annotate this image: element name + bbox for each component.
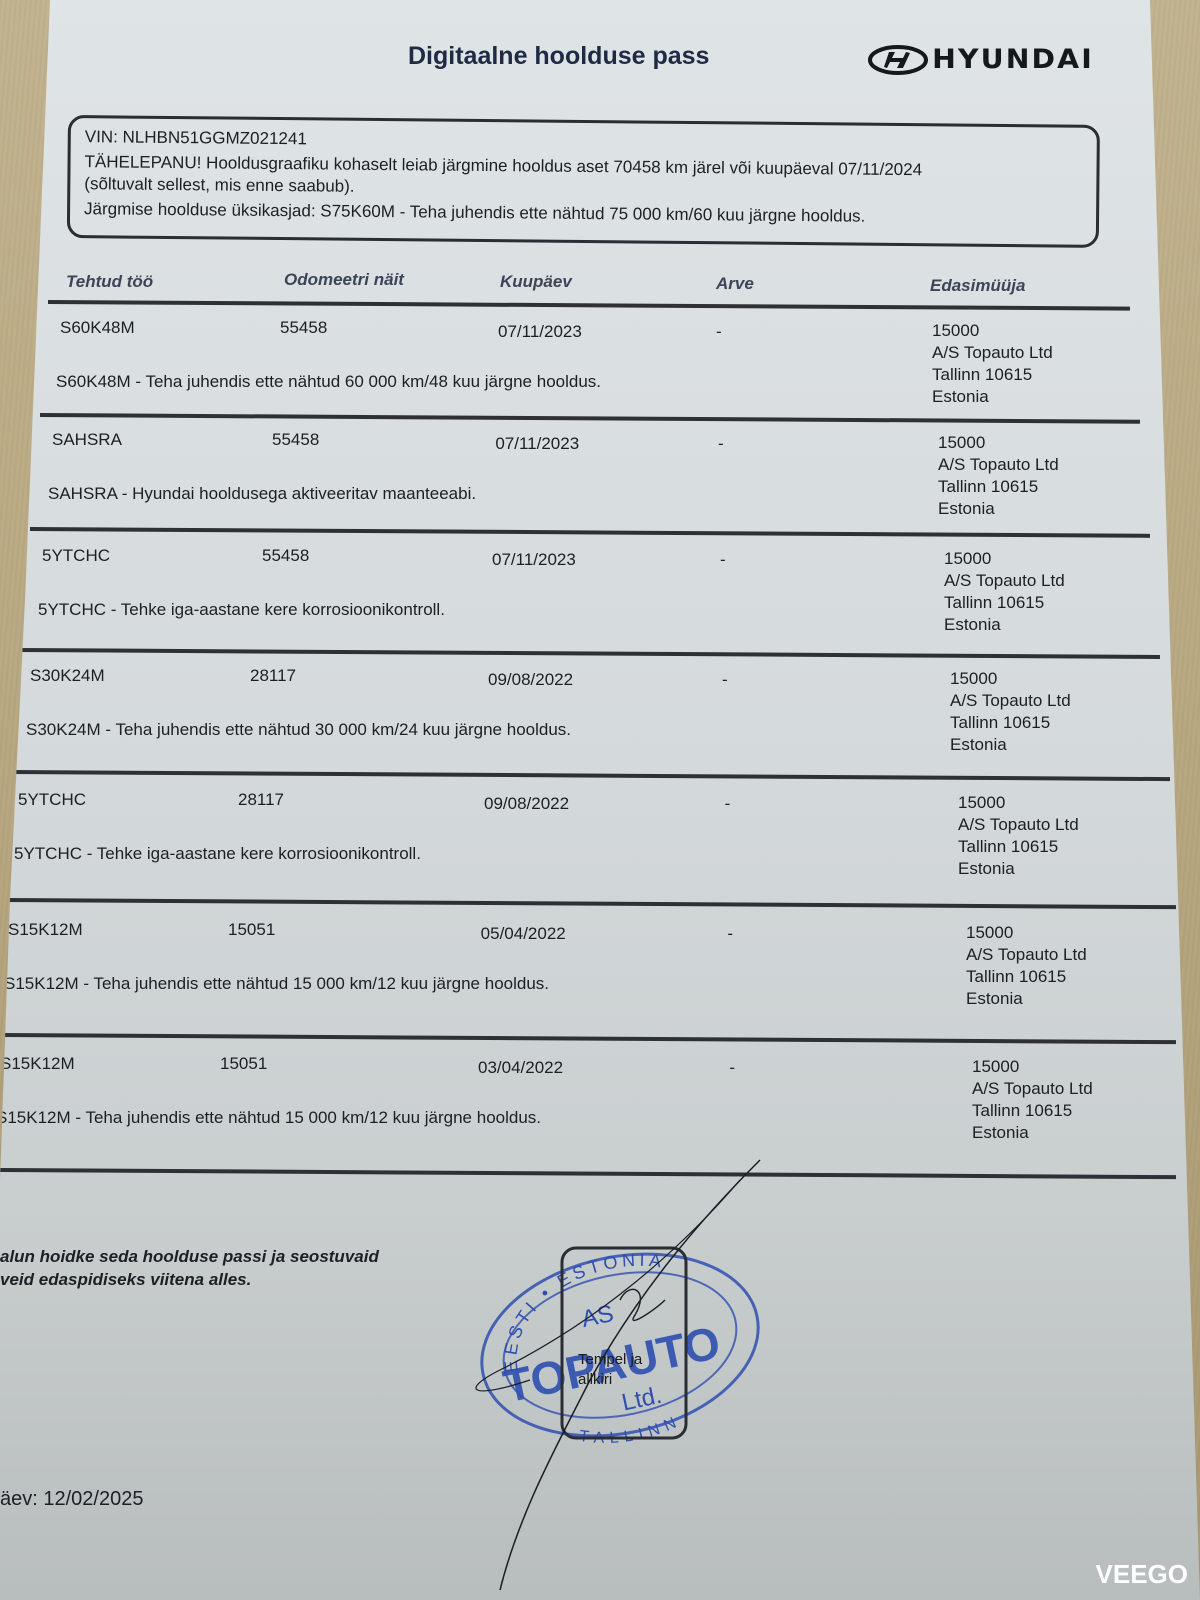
odometer-reading: 55458 [280, 318, 327, 338]
odometer-reading: 15051 [228, 920, 275, 940]
retention-note-line1: alun hoidke seda hoolduse passi ja seost… [0, 1245, 379, 1268]
dealer-line: Tallinn 10615 [966, 966, 1087, 988]
header-date: Kuupäev [500, 272, 572, 292]
dealer-line: Estonia [950, 734, 1071, 756]
row-divider [48, 300, 1130, 311]
dealer-line: A/S Topauto Ltd [938, 454, 1059, 476]
dealer-info: 15000A/S Topauto LtdTallinn 10615Estonia [966, 922, 1087, 1010]
dealer-info: 15000A/S Topauto LtdTallinn 10615Estonia [950, 668, 1071, 756]
service-date: 09/08/2022 [488, 670, 573, 690]
service-description: 5YTCHC - Tehke iga-aastane kere korrosio… [38, 600, 445, 620]
row-divider [40, 413, 1140, 424]
invoice-value: - [718, 434, 724, 454]
invoice-value: - [720, 550, 726, 570]
service-date: 07/11/2023 [498, 322, 582, 342]
invoice-value: - [722, 670, 728, 690]
odometer-reading: 15051 [220, 1054, 267, 1074]
service-code: S30K24M [30, 666, 105, 686]
dealer-line: 15000 [932, 320, 1053, 342]
header-work-done: Tehtud töö [66, 272, 153, 292]
dealer-line: Estonia [938, 498, 1059, 520]
header-odometer: Odomeetri näit [284, 270, 404, 290]
dealer-line: A/S Topauto Ltd [932, 342, 1053, 364]
dealer-line: 15000 [944, 548, 1065, 570]
service-code: SAHSRA [52, 430, 122, 450]
service-date: 03/04/2022 [478, 1058, 563, 1078]
header-dealer: Edasimüüja [930, 276, 1025, 296]
dealer-line: 15000 [972, 1056, 1093, 1078]
dealer-line: Estonia [932, 386, 1053, 408]
row-divider [0, 1033, 1176, 1044]
dealer-line: Estonia [958, 858, 1079, 880]
service-description: 5YTCHC - Tehke iga-aastane kere korrosio… [14, 844, 421, 864]
service-date: 07/11/2023 [492, 550, 576, 570]
dealer-info: 15000A/S Topauto LtdTallinn 10615Estonia [938, 432, 1059, 520]
service-history-table: Tehtud töö Odomeetri näit Kuupäev Arve E… [0, 0, 1200, 1200]
odometer-reading: 55458 [272, 430, 319, 450]
row-divider [30, 527, 1150, 538]
service-description: SAHSRA - Hyundai hooldusega aktiveeritav… [48, 484, 476, 504]
invoice-value: - [727, 924, 733, 944]
header-invoice: Arve [716, 274, 754, 294]
dealer-line: Tallinn 10615 [932, 364, 1053, 386]
service-code: 5YTCHC [18, 790, 86, 810]
dealer-info: 15000A/S Topauto LtdTallinn 10615Estonia [958, 792, 1079, 880]
retention-note: alun hoidke seda hoolduse passi ja seost… [0, 1245, 379, 1291]
service-description: S15K12M - Teha juhendis ette nähtud 15 0… [0, 1108, 541, 1128]
dealer-line: A/S Topauto Ltd [944, 570, 1065, 592]
issue-date: äev: 12/02/2025 [0, 1488, 143, 1511]
dealer-line: A/S Topauto Ltd [972, 1078, 1093, 1100]
dealer-info: 15000A/S Topauto LtdTallinn 10615Estonia [944, 548, 1065, 636]
stamp-signature-label: Tempel ja allkiri [578, 1350, 642, 1390]
service-description: S30K24M - Teha juhendis ette nähtud 30 0… [26, 720, 571, 740]
dealer-line: Estonia [966, 988, 1087, 1010]
dealer-line: Tallinn 10615 [950, 712, 1071, 734]
invoice-value: - [729, 1058, 735, 1078]
dealer-line: Tallinn 10615 [972, 1100, 1093, 1122]
service-code: S60K48M [60, 318, 135, 338]
dealer-line: 15000 [966, 922, 1087, 944]
dealer-line: Tallinn 10615 [958, 836, 1079, 858]
retention-note-line2: veid edaspidiseks viitena alles. [0, 1268, 379, 1291]
dealer-line: 15000 [938, 432, 1059, 454]
row-divider [0, 898, 1176, 909]
row-divider [0, 1168, 1176, 1179]
service-passport-sheet: Digitaalne hoolduse pass HYUNDAI VIN: NL… [0, 0, 1200, 1600]
service-code: 5YTCHC [42, 546, 110, 566]
svg-text:AS: AS [579, 1300, 616, 1333]
service-code: S15K12M [8, 920, 83, 940]
dealer-info: 15000A/S Topauto LtdTallinn 10615Estonia [972, 1056, 1093, 1144]
dealer-line: A/S Topauto Ltd [958, 814, 1079, 836]
dealer-line: Estonia [972, 1122, 1093, 1144]
odometer-reading: 55458 [262, 546, 309, 566]
dealer-info: 15000A/S Topauto LtdTallinn 10615Estonia [932, 320, 1053, 408]
dealer-stamp-icon: EESTI • ESTONIA TALLINN AS TOPAUTO Ltd. [470, 1230, 770, 1460]
dealer-line: A/S Topauto Ltd [950, 690, 1071, 712]
service-description: S60K48M - Teha juhendis ette nähtud 60 0… [56, 372, 601, 392]
dealer-line: A/S Topauto Ltd [966, 944, 1087, 966]
service-date: 07/11/2023 [495, 434, 579, 454]
service-date: 05/04/2022 [481, 924, 566, 944]
dealer-line: Tallinn 10615 [944, 592, 1065, 614]
watermark-logo: VEEGO [1096, 1559, 1188, 1590]
dealer-line: Tallinn 10615 [938, 476, 1059, 498]
stamp-label-line2: allkiri [578, 1370, 642, 1390]
odometer-reading: 28117 [238, 790, 284, 810]
dealer-line: 15000 [958, 792, 1079, 814]
service-code: S15K12M [0, 1054, 75, 1074]
service-date: 09/08/2022 [484, 794, 569, 814]
stamp-label-line1: Tempel ja [578, 1350, 642, 1370]
dealer-line: Estonia [944, 614, 1065, 636]
odometer-reading: 28117 [250, 666, 296, 686]
dealer-line: 15000 [950, 668, 1071, 690]
row-divider [8, 770, 1170, 781]
row-divider [18, 648, 1160, 659]
invoice-value: - [716, 322, 722, 342]
invoice-value: - [725, 794, 731, 814]
service-description: S15K12M - Teha juhendis ette nähtud 15 0… [4, 974, 549, 994]
